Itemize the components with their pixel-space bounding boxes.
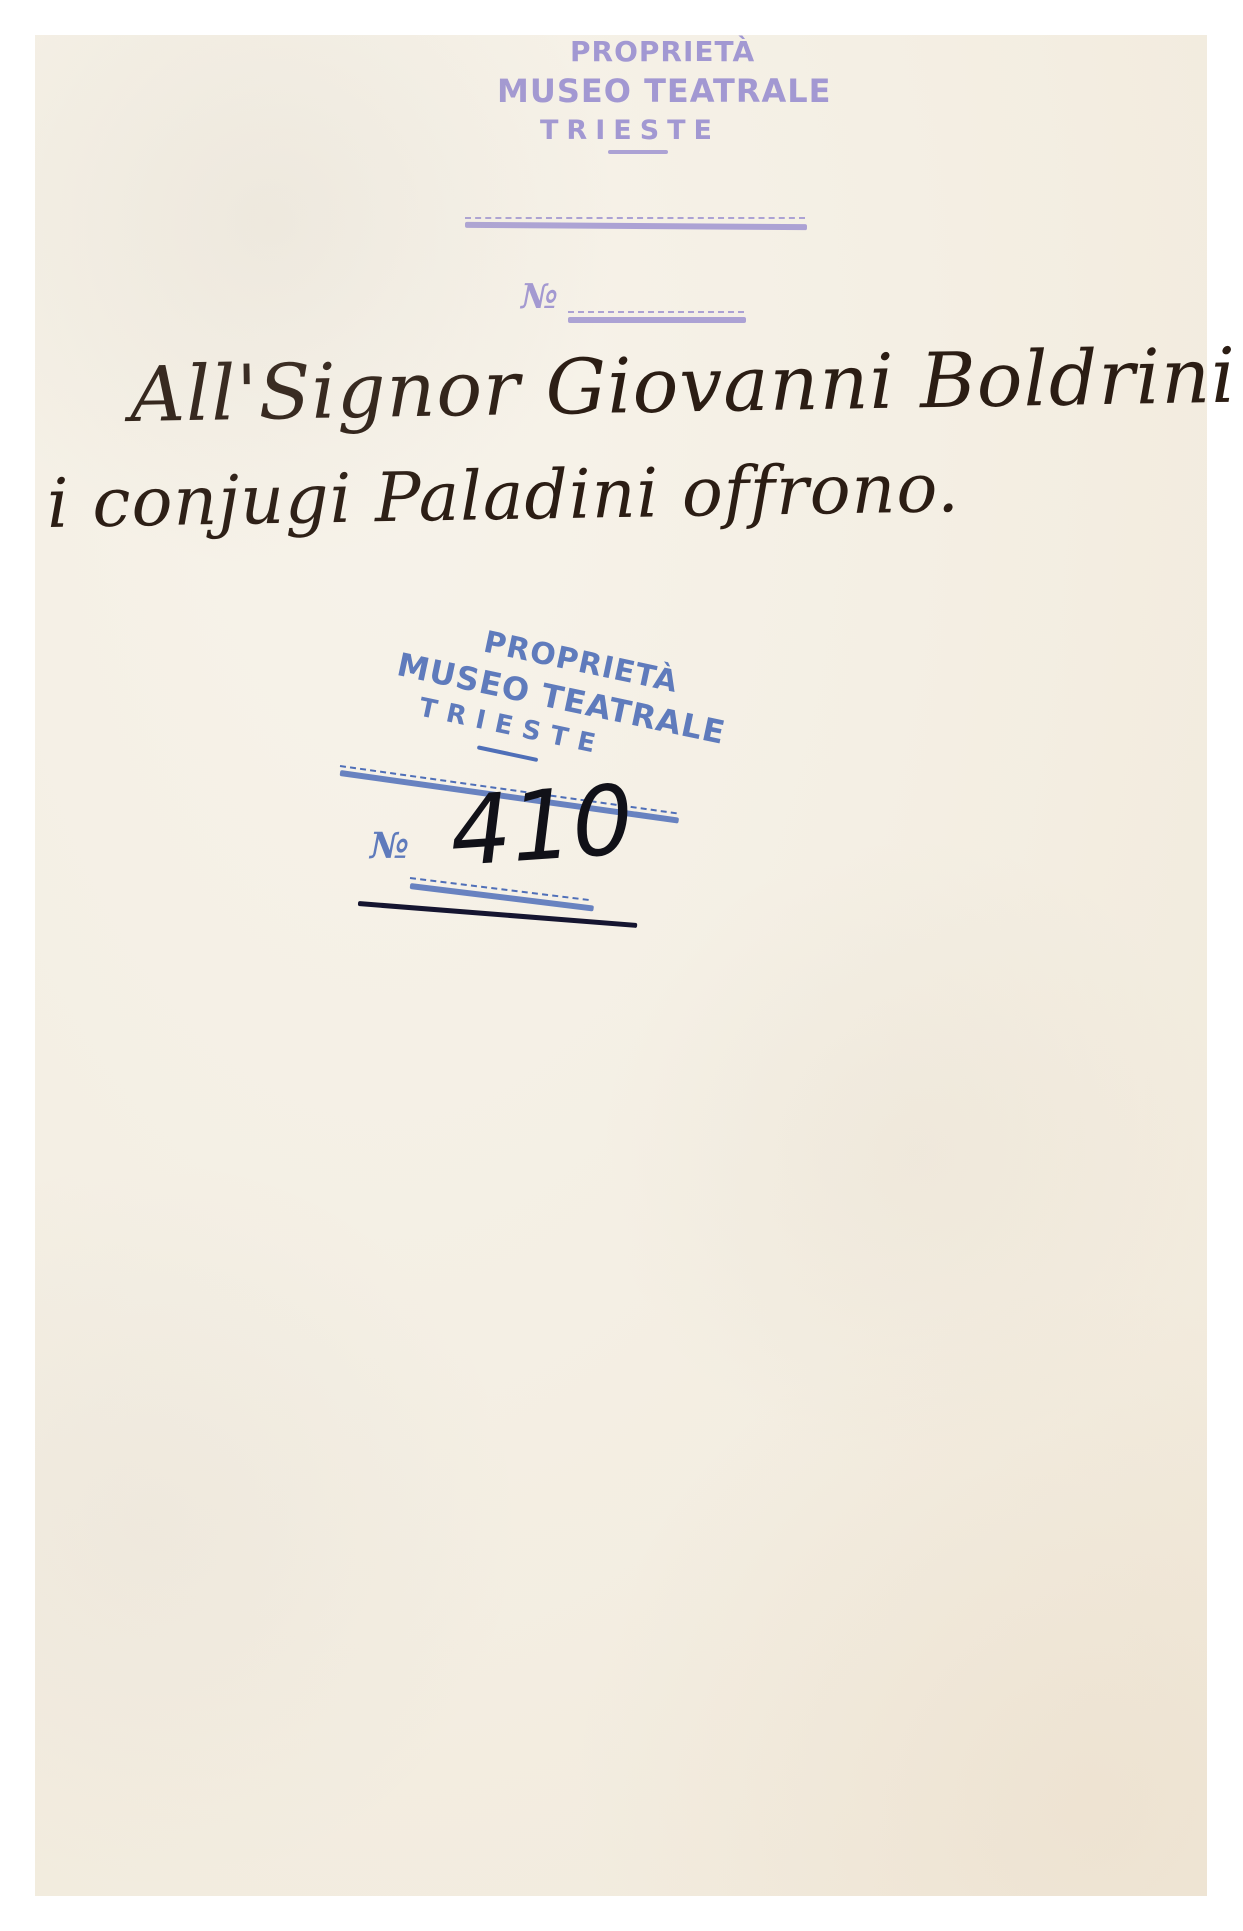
inventory-number: 410 — [446, 764, 637, 889]
stamp-top-numero-rule — [568, 317, 746, 323]
inscription-line1: All'Signor Giovanni Boldrini — [129, 331, 1237, 439]
stamp-middle-short-rule — [477, 745, 538, 762]
stamp-top-line3: TRIESTE — [540, 115, 720, 146]
stamp-top-short-rule — [608, 150, 668, 154]
document-card: PROPRIETÀ MUSEO TEATRALE TRIESTE № All'S… — [35, 35, 1207, 1896]
stamp-middle-numero-label: № — [370, 825, 409, 867]
inventory-number-underline — [358, 901, 638, 928]
stamp-top-numero-rule-dash — [568, 311, 744, 313]
stamp-top-long-rule — [465, 222, 807, 230]
inscription-line2: i conjugi Paladini offrono. — [46, 449, 960, 544]
stamp-top-line1: PROPRIETÀ — [570, 35, 755, 68]
stamp-top-numero-label: № — [521, 277, 558, 317]
stamp-top-long-rule-dash — [465, 217, 805, 219]
stamp-top-line2: MUSEO TEATRALE — [497, 72, 832, 110]
